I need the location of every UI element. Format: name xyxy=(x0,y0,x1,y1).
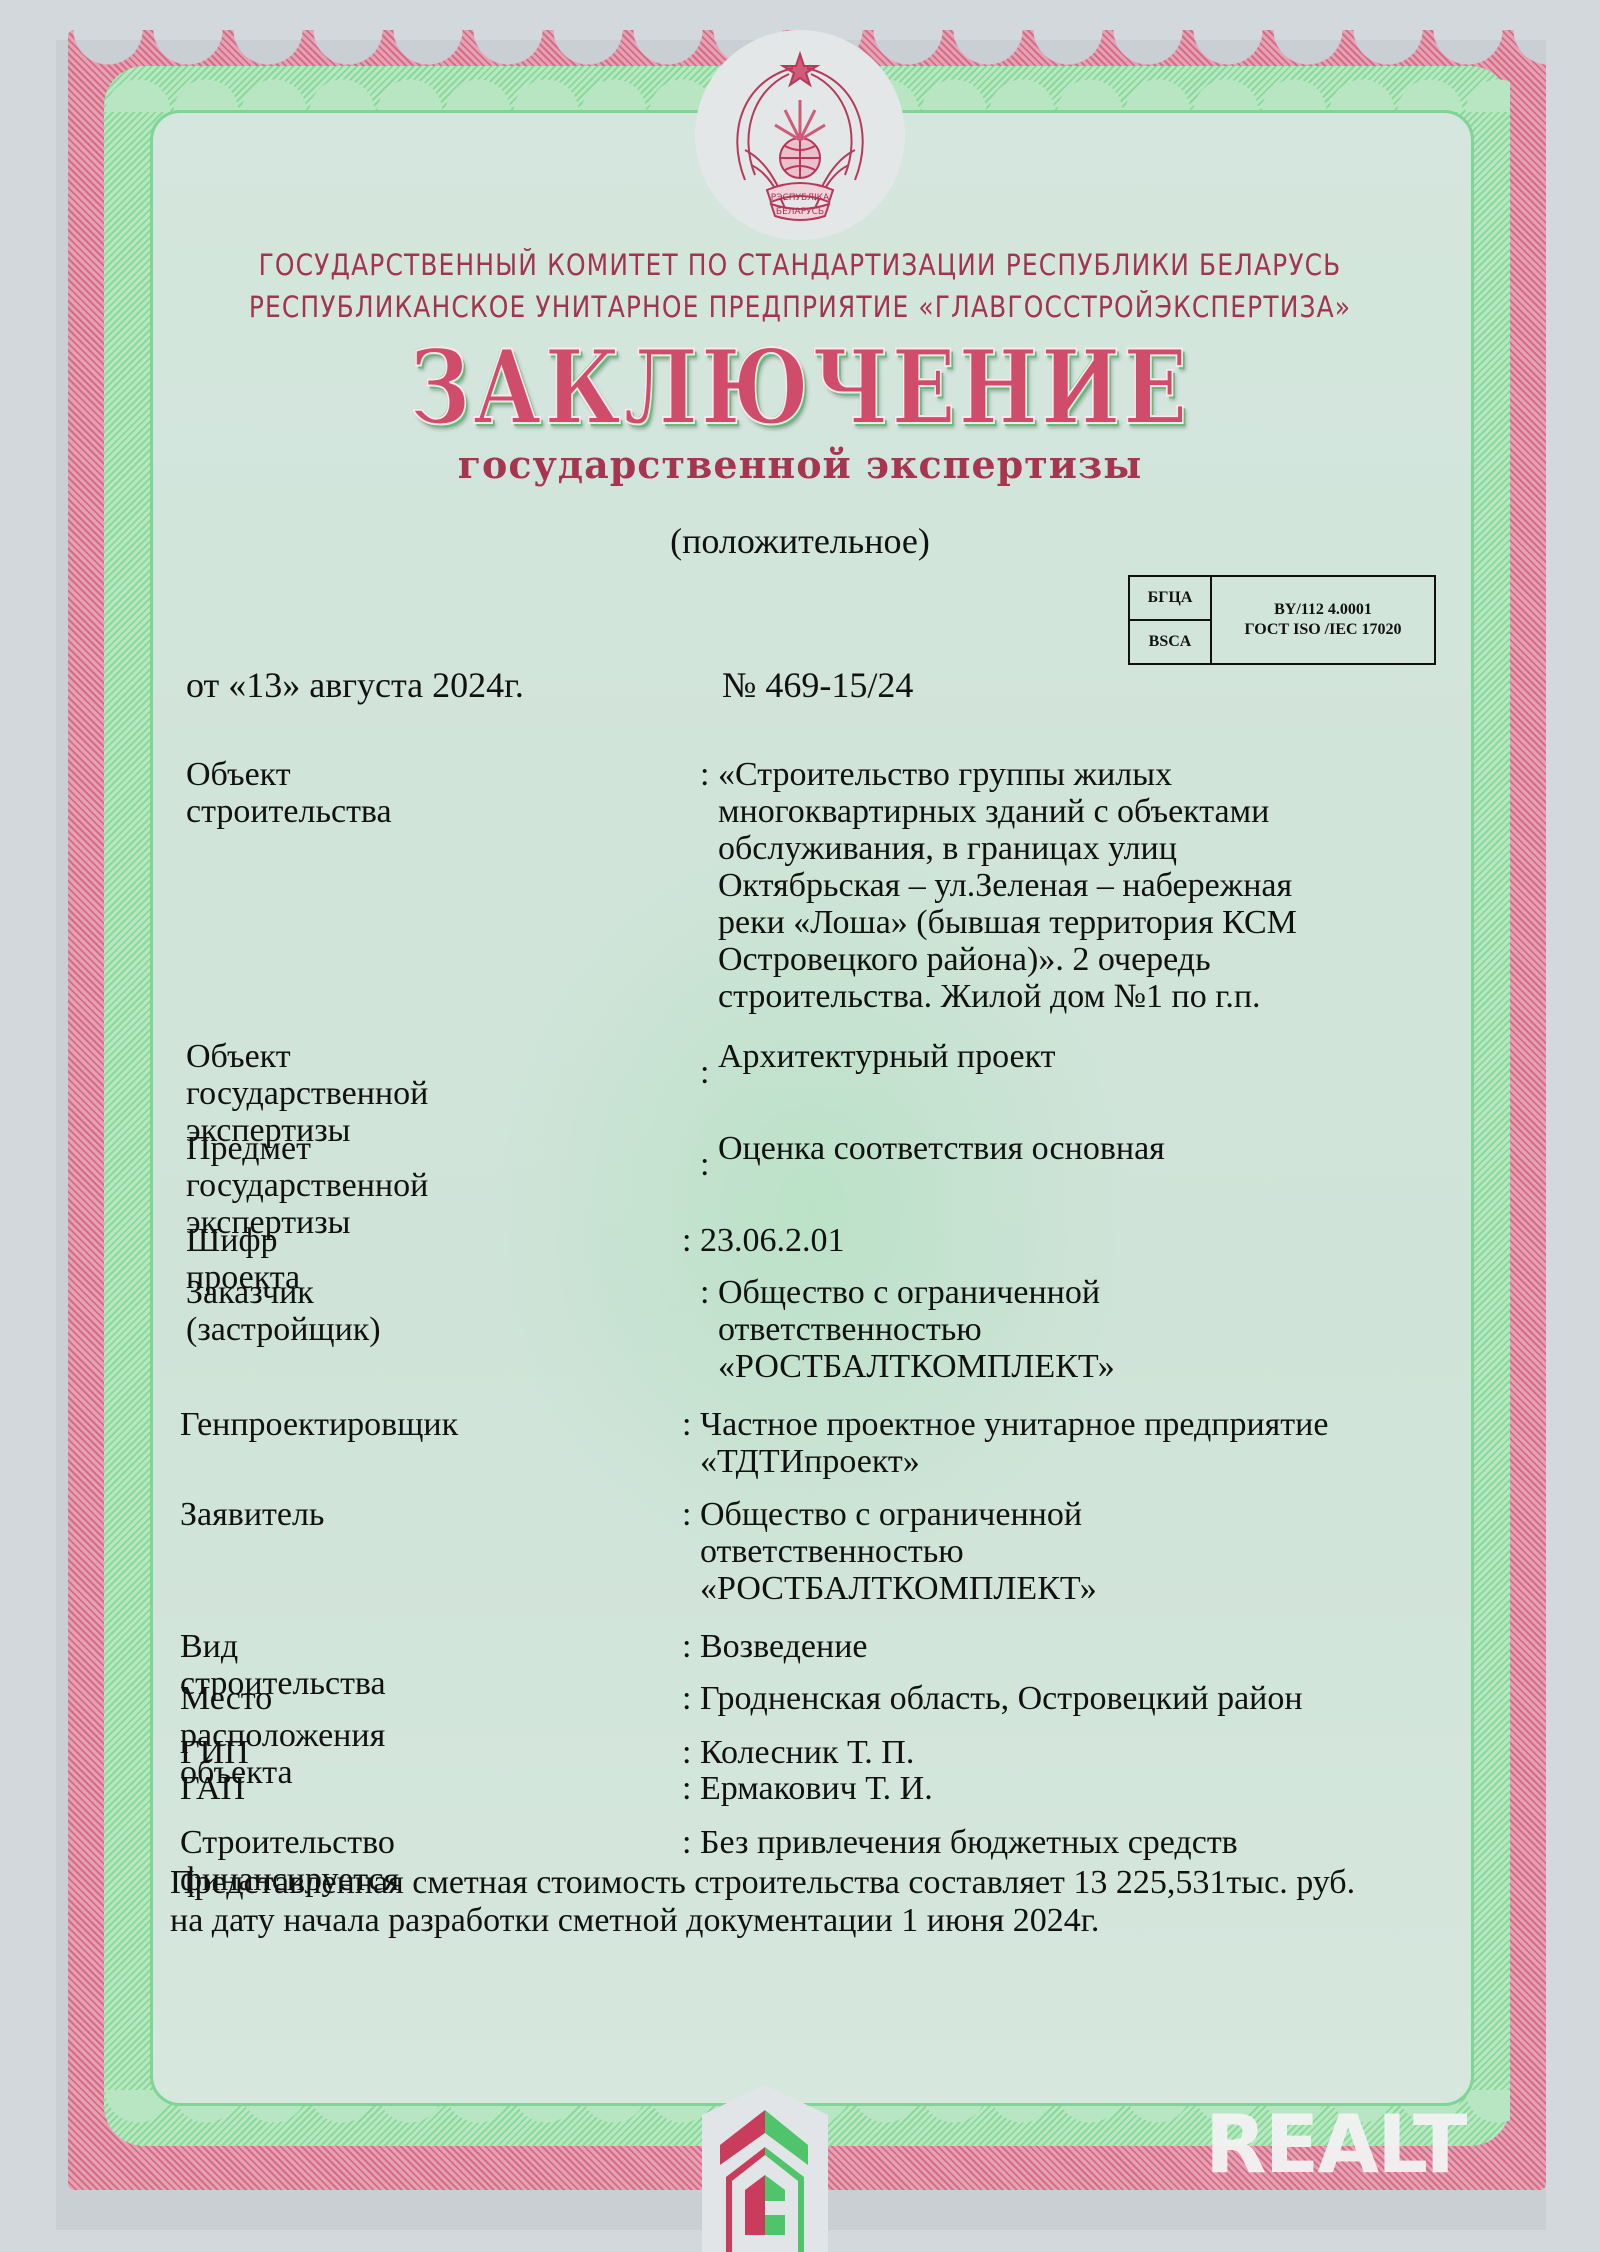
field-label-line: Предмет государственной xyxy=(186,1130,428,1204)
field-label-line: Заказчик (застройщик) xyxy=(186,1274,381,1348)
field-value-line: Ермакович Т. И. xyxy=(700,1770,1460,1807)
field-value: Без привлечения бюджетных средств xyxy=(700,1824,1460,1861)
field-separator: : xyxy=(682,1628,696,1665)
field-separator: : xyxy=(682,1824,696,1861)
field-value-line: Островецкого района)». 2 очередь xyxy=(718,941,1478,978)
field-value-line: «ТДТИпроект» xyxy=(700,1443,1460,1480)
field-value: «Строительство группы жилыхмногоквартирн… xyxy=(718,756,1478,1015)
field-label: ГИП xyxy=(180,1734,249,1771)
field-separator: : xyxy=(700,756,714,793)
field-separator: : xyxy=(700,1054,714,1091)
field-separator: : xyxy=(682,1770,696,1807)
field-value-line: Частное проектное унитарное предприятие xyxy=(700,1406,1460,1443)
verdict-text: (положительное) xyxy=(0,520,1600,562)
header-committee: ГОСУДАРСТВЕННЫЙ КОМИТЕТ ПО СТАНДАРТИЗАЦИ… xyxy=(112,248,1488,282)
header-enterprise: РЕСПУБЛИКАНСКОЕ УНИТАРНОЕ ПРЕДПРИЯТИЕ «Г… xyxy=(112,290,1488,324)
estimate-note: Представленная сметная стоимость строите… xyxy=(170,1864,1355,1940)
field-value: Колесник Т. П. xyxy=(700,1734,1460,1771)
field-value-line: Архитектурный проект xyxy=(718,1038,1478,1075)
field-value-line: обслуживания, в границах улиц xyxy=(718,830,1478,867)
field-separator: : xyxy=(682,1680,696,1717)
field-separator: : xyxy=(682,1406,696,1443)
accreditation-standard: ГОСТ ISO /IEC 17020 xyxy=(1244,620,1401,640)
field-separator: : xyxy=(682,1222,696,1259)
field-value-line: 23.06.2.01 xyxy=(700,1222,1460,1259)
estimate-note-line2: на дату начала разработки сметной докуме… xyxy=(170,1902,1355,1940)
field-value: Гродненская область, Островецкий район xyxy=(700,1680,1460,1717)
field-value: Оценка соответствия основная xyxy=(718,1130,1478,1167)
field-value-line: ответственностью xyxy=(718,1311,1478,1348)
accreditation-label-en: BSCA xyxy=(1130,621,1210,663)
field-separator: : xyxy=(700,1146,714,1183)
document-title: ЗАКЛЮЧЕНИЕ xyxy=(144,328,1456,448)
field-label-line: ГАП xyxy=(180,1770,245,1807)
field-value: Частное проектное унитарное предприятие«… xyxy=(700,1406,1460,1480)
document-number: № 469-15/24 xyxy=(722,664,913,706)
field-value-line: ответственностью xyxy=(700,1533,1460,1570)
field-value-line: строительства. Жилой дом №1 по г.п. xyxy=(718,978,1478,1015)
field-value: Общество с ограниченнойответственностью«… xyxy=(700,1496,1460,1607)
field-value-line: реки «Лоша» (бывшая территория КСМ xyxy=(718,904,1478,941)
field-value-line: Оценка соответствия основная xyxy=(718,1130,1478,1167)
field-value-line: многоквартирных зданий с объектами xyxy=(718,793,1478,830)
realt-house-logo-icon xyxy=(690,2085,840,2252)
field-label: Заявитель xyxy=(180,1496,324,1533)
belarus-state-emblem-icon: РЭСПУБЛІКА БЕЛАРУСЬ xyxy=(695,30,905,240)
field-value-line: Октябрьская – ул.Зеленая – набережная xyxy=(718,867,1478,904)
emblem-ribbon-text-bottom: БЕЛАРУСЬ xyxy=(776,207,824,217)
field-value-line: Общество с ограниченной xyxy=(700,1496,1460,1533)
field-value: Общество с ограниченнойответственностью«… xyxy=(718,1274,1478,1385)
accreditation-number: BY/112 4.0001 xyxy=(1274,600,1372,620)
field-value: Архитектурный проект xyxy=(718,1038,1478,1075)
field-separator: : xyxy=(682,1496,696,1533)
field-label: ГАП xyxy=(180,1770,245,1807)
field-label-line: Генпроектировщик xyxy=(180,1406,458,1443)
field-label-line: Объект строительства xyxy=(186,756,392,830)
field-value-line: Без привлечения бюджетных средств xyxy=(700,1824,1460,1861)
field-value-line: Возведение xyxy=(700,1628,1460,1665)
field-value: Ермакович Т. И. xyxy=(700,1770,1460,1807)
field-value-line: «РОСТБАЛТКОМПЛЕКТ» xyxy=(700,1570,1460,1607)
realt-watermark: REALT xyxy=(1205,2098,1465,2191)
document-date: от «13» августа 2024г. xyxy=(186,664,524,706)
field-value-line: Общество с ограниченной xyxy=(718,1274,1478,1311)
field-value-line: «РОСТБАЛТКОМПЛЕКТ» xyxy=(718,1348,1478,1385)
field-label-line: Заявитель xyxy=(180,1496,324,1533)
field-label-line: Объект государственной xyxy=(186,1038,428,1112)
estimate-note-line1: Представленная сметная стоимость строите… xyxy=(170,1864,1355,1902)
field-value-line: Колесник Т. П. xyxy=(700,1734,1460,1771)
field-value: 23.06.2.01 xyxy=(700,1222,1460,1259)
field-separator: : xyxy=(682,1734,696,1771)
field-label: Объект строительства xyxy=(186,756,392,830)
accreditation-label-ru: БГЦА xyxy=(1130,577,1210,621)
field-value: Возведение xyxy=(700,1628,1460,1665)
field-label-line: ГИП xyxy=(180,1734,249,1771)
field-value-line: Гродненская область, Островецкий район xyxy=(700,1680,1460,1717)
accreditation-stamp: БГЦА BSCA BY/112 4.0001 ГОСТ ISO /IEC 17… xyxy=(1128,575,1436,665)
field-value-line: «Строительство группы жилых xyxy=(718,756,1478,793)
field-separator: : xyxy=(700,1274,714,1311)
document-subtitle: государственной экспертизы xyxy=(0,442,1600,487)
field-label: Генпроектировщик xyxy=(180,1406,458,1443)
emblem-ribbon-text-top: РЭСПУБЛІКА xyxy=(771,193,830,203)
field-label: Заказчик (застройщик) xyxy=(186,1274,381,1348)
